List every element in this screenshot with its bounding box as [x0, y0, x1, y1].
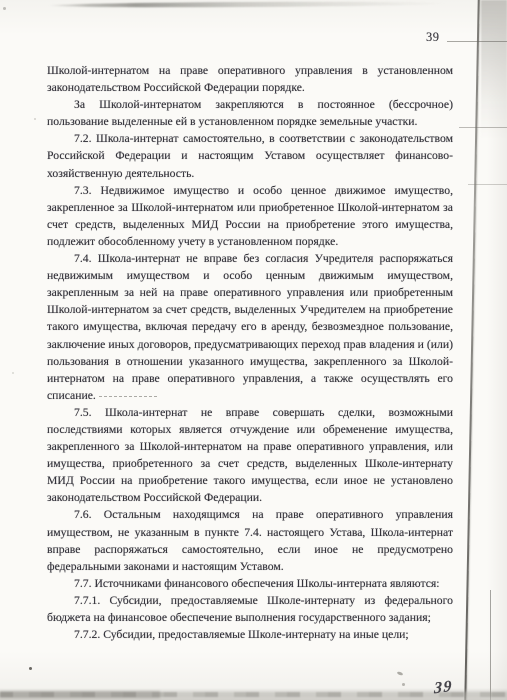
ink-speck: [34, 118, 36, 120]
paragraph-text: Школой-интернатом на праве оперативного …: [47, 64, 453, 94]
paragraph-text: 7.7.2. Субсидии, предоставляемые Школе-и…: [74, 628, 409, 641]
paragraph-continuation: Школой-интернатом на праве оперативного …: [47, 62, 453, 96]
crease-line: [447, 41, 507, 42]
ink-speck: [402, 683, 405, 686]
crease-line: [459, 127, 507, 128]
paragraph-7-5: 7.5. Школа-интернат не вправе совершать …: [47, 404, 453, 507]
paragraph-7-7: 7.7. Источниками финансового обеспечения…: [47, 575, 453, 592]
paragraph-text: 7.5. Школа-интернат не вправе совершать …: [47, 406, 453, 504]
scan-bottom-edge-shadow: [0, 691, 160, 698]
ink-speck: [3, 7, 6, 10]
crease-line: [468, 184, 507, 185]
paragraph-7-6: 7.6. Остальным находящимся на праве опер…: [47, 506, 453, 574]
paragraph-text: За Школой-интернатом закрепляются в пост…: [47, 98, 453, 128]
page-fold-line-secondary: [490, 590, 491, 700]
paragraph-7-3: 7.3. Недвижимое имущество и особо ценное…: [47, 182, 453, 250]
paragraph-7-4: 7.4. Школа-интернат не вправе без соглас…: [47, 250, 453, 404]
ink-speck: [12, 372, 14, 374]
paragraph: За Школой-интернатом закрепляются в пост…: [47, 96, 453, 130]
ink-speck: [29, 667, 32, 670]
paragraph-text: 7.4. Школа-интернат не вправе без соглас…: [47, 252, 453, 402]
ink-speck: [397, 671, 404, 676]
paragraph-text: 7.6. Остальным находящимся на праве опер…: [47, 508, 453, 572]
page-number: 39: [426, 30, 440, 45]
paragraph-7-7-1: 7.7.1. Субсидии, предоставляемые Школе-и…: [47, 592, 453, 626]
page-fold-line: [464, 0, 479, 700]
paragraph-text: 7.7.1. Субсидии, предоставляемые Школе-и…: [47, 594, 453, 624]
paragraph-7-2: 7.2. Школа-интернат самостоятельно, в со…: [47, 130, 453, 181]
scan-top-shadow: [48, 1, 446, 8]
trailing-dash-line: [99, 386, 157, 396]
scanned-page: 39 Школой-интернатом на праве оперативно…: [0, 0, 507, 700]
paragraph-text: 7.2. Школа-интернат самостоятельно, в со…: [47, 132, 453, 179]
document-body: Школой-интернатом на праве оперативного …: [47, 62, 453, 643]
handwritten-page-number: 39: [434, 678, 453, 698]
paragraph-7-7-2: 7.7.2. Субсидии, предоставляемые Школе-и…: [47, 626, 453, 643]
paragraph-text: 7.7. Источниками финансового обеспечения…: [74, 577, 440, 590]
paragraph-text: 7.3. Недвижимое имущество и особо ценное…: [47, 184, 453, 248]
